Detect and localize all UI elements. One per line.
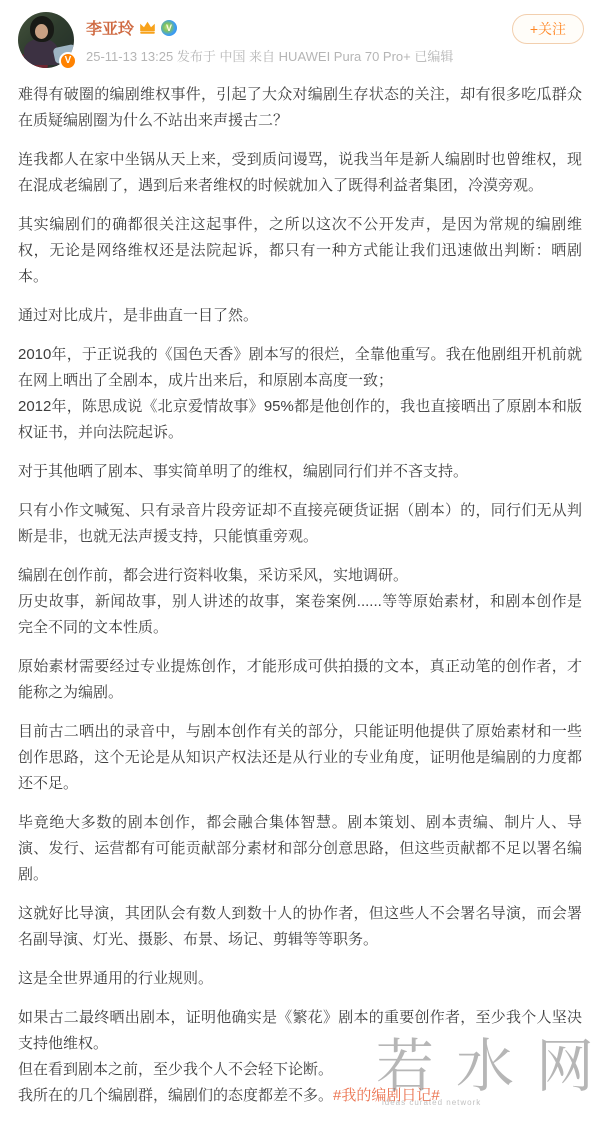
post-header: V 李亚玲 V 25-11-13 13:25 发布于 中国 来自 HUAWEI … xyxy=(0,0,600,74)
post-content: 难得有破圈的编剧维权事件，引起了大众对编剧生存状态的关注，却有很多吃瓜群众在质疑… xyxy=(0,74,600,1109)
post-paragraph: 难得有破圈的编剧维权事件，引起了大众对编剧生存状态的关注，却有很多吃瓜群众在质疑… xyxy=(18,82,582,134)
post-paragraph: 2010年，于正说我的《国色天香》剧本写的很烂，全靠他重写。我在他剧组开机前就在… xyxy=(18,342,582,446)
final-paragraph-text: 如果古二最终晒出剧本，证明他确实是《繁花》剧本的重要创作者，至少我个人坚决支持他… xyxy=(18,1009,582,1104)
post-paragraph: 对于其他晒了剧本、事实简单明了的维权，编剧同行们并不吝支持。 xyxy=(18,459,582,485)
post-paragraph: 原始素材需要经过专业提炼创作，才能形成可供拍摄的文本，真正动笔的创作者，才能称之… xyxy=(18,654,582,706)
post-paragraph-final: 如果古二最终晒出剧本，证明他确实是《繁花》剧本的重要创作者，至少我个人坚决支持他… xyxy=(18,1005,582,1109)
vip-crown-icon xyxy=(139,21,156,34)
username[interactable]: 李亚玲 xyxy=(86,16,134,39)
post-paragraph: 连我都人在家中坐锅从天上来，受到质问谩骂，说我当年是新人编剧时也曾维权，现在混成… xyxy=(18,147,582,199)
header-info: 李亚玲 V 25-11-13 13:25 发布于 中国 来自 HUAWEI Pu… xyxy=(86,12,453,65)
post-paragraph: 其实编剧们的确都很关注这起事件，之所以这次不公开发声，是因为常规的编剧维权，无论… xyxy=(18,212,582,290)
avatar-verified-v-icon: V xyxy=(59,52,77,70)
post-paragraph: 目前古二晒出的录音中，与剧本创作有关的部分，只能证明他提供了原始素材和一些创作思… xyxy=(18,719,582,797)
post-paragraph: 编剧在创作前，都会进行资料收集，采访采风，实地调研。 历史故事，新闻故事，别人讲… xyxy=(18,563,582,641)
post-paragraph: 毕竟绝大多数的剧本创作，都会融合集体智慧。剧本策划、剧本责编、制片人、导演、发行… xyxy=(18,810,582,888)
post-paragraph: 只有小作文喊冤、只有录音片段旁证却不直接亮硬货证据（剧本）的，同行们无从判断是非… xyxy=(18,498,582,550)
verified-badge-icon: V xyxy=(161,20,177,36)
hashtag-link[interactable]: #我的编剧日记# xyxy=(333,1087,440,1104)
post-paragraph: 这是全世界通用的行业规则。 xyxy=(18,966,582,992)
post-paragraph: 通过对比成片，是非曲直一目了然。 xyxy=(18,303,582,329)
avatar[interactable]: V xyxy=(18,12,74,68)
post-paragraph: 这就好比导演，其团队会有数人到数十人的协作者，但这些人不会署名导演，而会署名副导… xyxy=(18,901,582,953)
follow-button[interactable]: +关注 xyxy=(512,14,584,44)
post-meta: 25-11-13 13:25 发布于 中国 来自 HUAWEI Pura 70 … xyxy=(86,46,453,65)
